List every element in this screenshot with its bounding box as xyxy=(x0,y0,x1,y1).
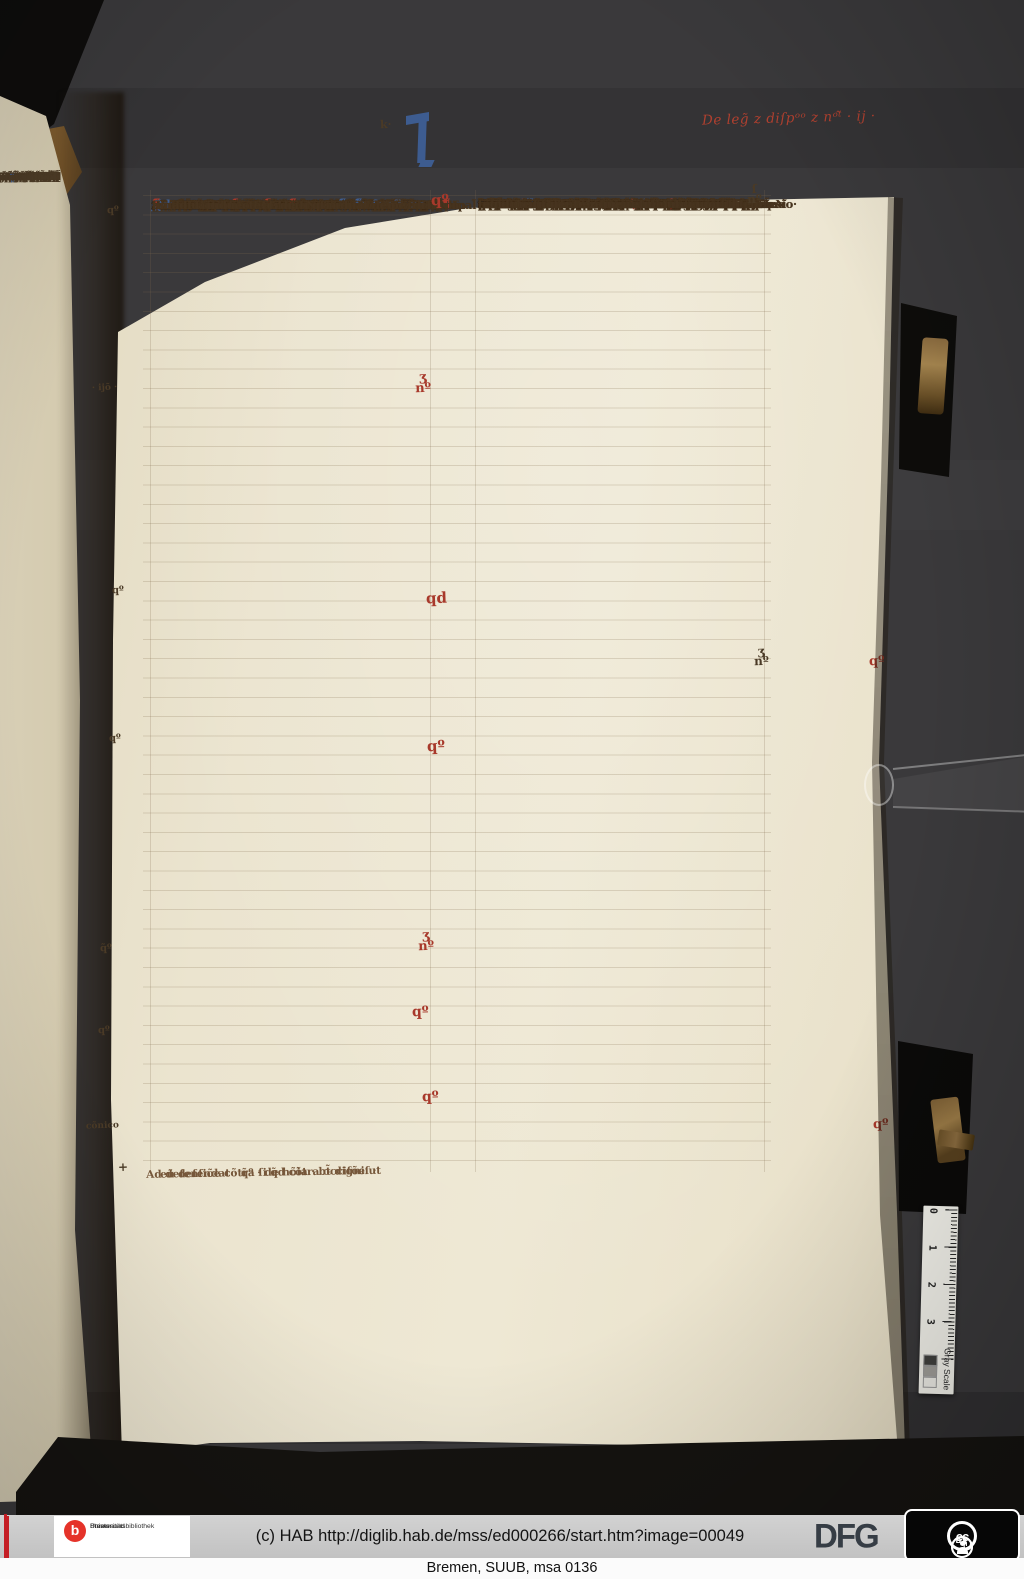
barcode-bar xyxy=(4,1523,7,1551)
ruling-vertical-line xyxy=(150,190,151,1172)
cc-license-badge: cc BY ↻ SA xyxy=(904,1509,1020,1562)
page-holder-loop xyxy=(864,764,894,806)
copyright-url-text: (c) HAB http://diglib.hab.de/mss/ed00026… xyxy=(190,1515,810,1558)
manuscript-line: muadiũ· induecte· l· di· ſi q̃ſ ñ dñat̃ … xyxy=(152,196,456,214)
grayscale-patch-dark xyxy=(923,1355,937,1366)
background-band xyxy=(0,88,1024,168)
ruler-number: 3 xyxy=(923,1319,935,1331)
cc-sa-label: SA xyxy=(956,1536,968,1545)
ruler-number: 2 xyxy=(924,1282,936,1294)
ruling-vertical-line xyxy=(475,190,476,1172)
ruling-vertical-line xyxy=(764,190,765,1172)
manuscript-line: ſeqı̃ ſuıẽ ſugıentẽ z queıit̃ ſıne utıũ … xyxy=(478,196,740,214)
margin-annotation: qº xyxy=(873,1119,889,1131)
margin-annotation: qº xyxy=(422,1092,439,1104)
brass-clip-top xyxy=(917,337,948,415)
ruling-vertical-line xyxy=(430,190,431,1172)
margin-annotation: k· xyxy=(380,120,392,130)
margin-annotation: ʒ nº xyxy=(415,372,432,395)
margin-annotation: q̃º xyxy=(100,945,112,954)
ruler-grayscale-card: 01234 Gray Scale xyxy=(919,1206,959,1395)
margin-annotation: qº xyxy=(112,587,124,596)
margin-annotation: qº xyxy=(427,740,445,753)
margin-annotation: ʒ nº xyxy=(418,930,435,953)
margin-annotation: qº xyxy=(107,207,119,216)
manuscript-line: eũ defendat · q̃º · de hõia · bt̃ digniſ… xyxy=(160,1162,377,1184)
grayscale-patch-mid xyxy=(923,1366,937,1377)
manuscript-line: Bremen xyxy=(90,1523,114,1531)
margin-annotation: ʒ nº xyxy=(754,646,769,667)
folio-numeral-foot xyxy=(418,160,434,167)
margin-annotation: qº xyxy=(869,656,885,668)
folio-numeral-bar xyxy=(417,117,427,163)
margin-annotation: qº xyxy=(109,735,121,744)
folio-numeral-blue xyxy=(406,112,442,170)
grayscale-patch-light xyxy=(923,1377,937,1388)
library-logo-circle: b xyxy=(64,1520,86,1542)
footer-strip: Bremen, SUUB, msa 0136 xyxy=(0,1558,1024,1579)
digitized-manuscript-photo: mlpa ẽ icn· ¶ Qnid h̃au raidiet aſtme pr… xyxy=(0,0,1024,1579)
margin-annotation: qd xyxy=(426,592,447,605)
grayscale-label: Gray Scale xyxy=(942,1348,953,1390)
margin-annotation: · ijõ · xyxy=(92,385,117,394)
library-logo-panel: b Staats- undUniversitätsbibliothekBreme… xyxy=(54,1516,190,1557)
margin-annotation: cõnico xyxy=(86,1122,119,1131)
dfg-logo: DFG xyxy=(814,1514,906,1559)
ruled-guide-lines xyxy=(143,195,771,1171)
ruler-ticks xyxy=(941,1209,957,1361)
suub-barcode-logo xyxy=(4,1517,54,1557)
margin-annotation: ſ nº xyxy=(747,184,762,205)
margin-annotation: + xyxy=(118,1162,128,1173)
margin-annotation: qº xyxy=(412,1007,429,1019)
ruler-number: 1 xyxy=(925,1245,937,1257)
shelfmark-text: Bremen, SUUB, msa 0136 xyxy=(0,1558,1024,1579)
margin-annotation: qº xyxy=(98,1027,110,1036)
margin-annotation: qº xyxy=(431,194,449,207)
ruler-number: 0 xyxy=(926,1208,938,1220)
